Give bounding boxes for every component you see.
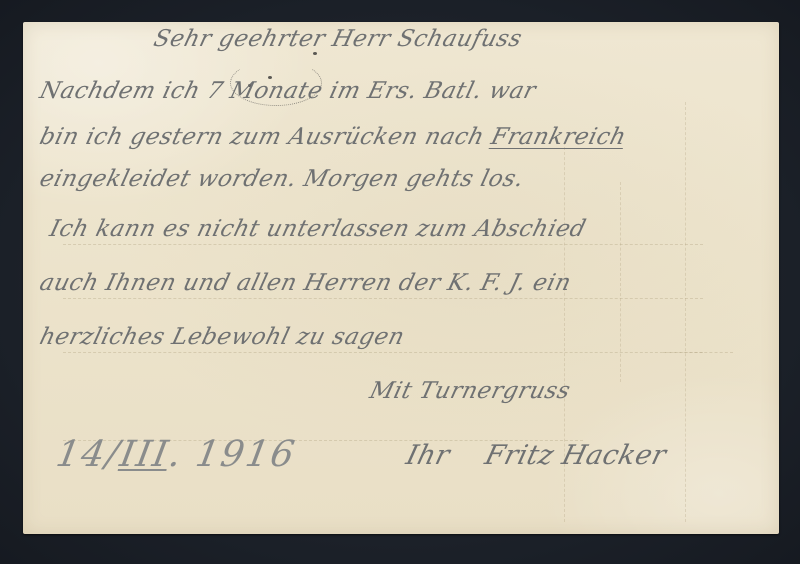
signature: Ihr Fritz Hacker: [403, 440, 669, 471]
ghost-divider: [620, 182, 621, 382]
message-line-6: herzliches Lebewohl zu sagen: [37, 324, 407, 350]
closing: Mit Turnergruss: [367, 378, 573, 404]
postcard: Sehr geehrter Herr Schaufuss Nachdem ich…: [23, 22, 779, 534]
ghost-divider: [685, 102, 686, 522]
date: 14/III. 1916: [53, 434, 299, 475]
ghost-rule: [663, 352, 733, 353]
message-line-3: eingekleidet worden. Morgen gehts los.: [37, 166, 527, 192]
ghost-rule: [63, 298, 703, 299]
message-line-2-text: bin ich gestern zum Ausrücken nach: [37, 124, 495, 150]
signature-name: Fritz Hacker: [482, 440, 670, 471]
date-day: 14/: [53, 434, 124, 475]
postmark-ink-spot: [313, 52, 317, 55]
message-line-1: Nachdem ich 7 Monate im Ers. Batl. war: [37, 78, 539, 104]
message-line-5: auch Ihnen und allen Herren der K. F. J.…: [37, 270, 574, 296]
underlined-word-frankreich: Frankreich: [488, 124, 629, 150]
ghost-rule: [63, 244, 703, 245]
salutation: Sehr geehrter Herr Schaufuss: [151, 26, 525, 52]
date-year: . 1916: [166, 434, 300, 475]
signature-prefix: Ihr: [403, 440, 453, 471]
message-line-4: Ich kann es nicht unterlassen zum Abschi…: [47, 216, 589, 242]
ghost-rule: [63, 352, 703, 353]
date-month-roman: III: [117, 434, 173, 475]
message-line-2: bin ich gestern zum Ausrücken nach Frank…: [37, 124, 629, 150]
